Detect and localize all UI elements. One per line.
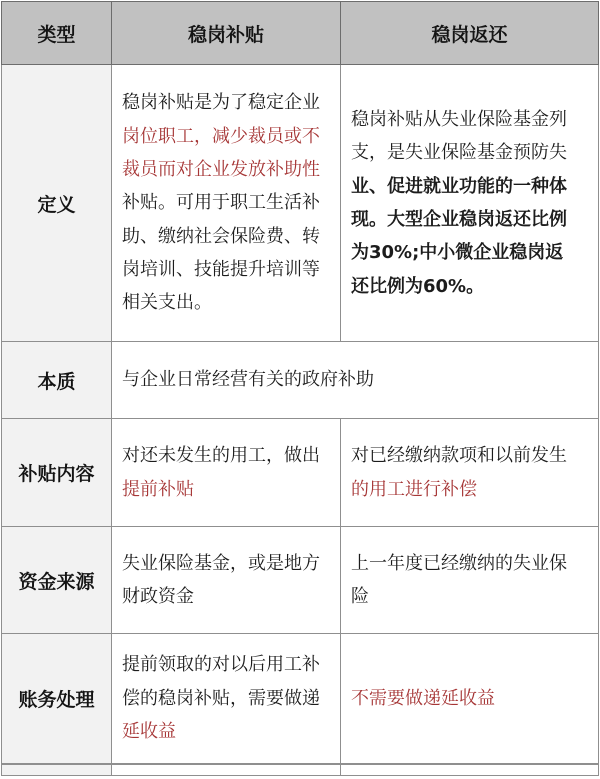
content-refund-text-red: 的用工进行补偿: [351, 479, 477, 500]
row-definition: 定义 稳岗补贴是为了稳定企业岗位职工，减少裁员或不裁员而对企业发放补助性补贴。可…: [2, 65, 599, 342]
source-subsidy-text: 失业保险基金，或是地方财政资金: [122, 553, 320, 607]
definition-subsidy-text-red: 岗位职工，减少裁员或不裁员而对企业发放补助性: [122, 126, 320, 180]
definition-subsidy-text-1: 稳岗补贴是为了稳定企业: [122, 92, 320, 113]
definition-refund-cell: 稳岗补贴从失业保险基金列支，是失业保险基金预防失业、促进就业功能的一种体现。大型…: [341, 65, 599, 342]
content-subsidy-text-1: 对还未发生的用工，做出: [122, 445, 320, 466]
definition-subsidy-text-2: 补贴。可用于职工生活补助、缴纳社会保险费、转岗培训、技能提升培训等相关支出。: [122, 192, 320, 313]
accounting-subsidy-text-red: 延收益: [122, 721, 176, 742]
definition-subsidy-cell: 稳岗补贴是为了稳定企业岗位职工，减少裁员或不裁员而对企业发放补助性补贴。可用于职…: [112, 65, 341, 342]
row-essence: 本质 与企业日常经营有关的政府补助: [2, 342, 599, 419]
row-label-definition: 定义: [2, 65, 112, 342]
row-label-subsidy-content: 补贴内容: [2, 419, 112, 527]
definition-refund-text-bold: 业、促进就业功能的一种体现。大型企业稳岗返还比例为30%;中小微企业稳岗返还比例…: [351, 176, 567, 297]
row-accounting: 账务处理 提前领取的对以后用工补偿的稳岗补贴，需要做递延收益 不需要做递延收益: [2, 634, 599, 764]
cropped-row-cell-1: [112, 764, 341, 776]
page: 类型 稳岗补贴 稳岗返还 定义 稳岗补贴是为了稳定企业岗位职工，减少裁员或不裁员…: [0, 0, 600, 779]
essence-text: 与企业日常经营有关的政府补助: [122, 369, 374, 390]
content-subsidy-text-red: 提前补贴: [122, 479, 194, 500]
row-subsidy-content: 补贴内容 对还未发生的用工，做出提前补贴 对已经缴纳款项和以前发生的用工进行补偿: [2, 419, 599, 527]
header-cell-type: 类型: [2, 2, 112, 65]
cropped-row-label-cell: [2, 764, 112, 776]
cropped-row-cell-2: [341, 764, 599, 776]
source-refund-cell: 上一年度已经缴纳的失业保险: [341, 527, 599, 634]
accounting-refund-cell: 不需要做递延收益: [341, 634, 599, 764]
comparison-table: 类型 稳岗补贴 稳岗返还 定义 稳岗补贴是为了稳定企业岗位职工，减少裁员或不裁员…: [1, 1, 599, 776]
accounting-subsidy-cell: 提前领取的对以后用工补偿的稳岗补贴，需要做递延收益: [112, 634, 341, 764]
row-label-accounting: 账务处理: [2, 634, 112, 764]
row-label-fund-source: 资金来源: [2, 527, 112, 634]
essence-merged-cell: 与企业日常经营有关的政府补助: [112, 342, 599, 419]
row-fund-source: 资金来源 失业保险基金，或是地方财政资金 上一年度已经缴纳的失业保险: [2, 527, 599, 634]
content-refund-cell: 对已经缴纳款项和以前发生的用工进行补偿: [341, 419, 599, 527]
header-cell-subsidy: 稳岗补贴: [112, 2, 341, 65]
source-subsidy-cell: 失业保险基金，或是地方财政资金: [112, 527, 341, 634]
accounting-refund-text-red: 不需要做递延收益: [351, 688, 495, 709]
definition-refund-text-1: 稳岗补贴从失业保险基金列支，是失业保险基金预防失: [351, 109, 567, 163]
accounting-subsidy-text-1: 提前领取的对以后用工补偿的稳岗补贴，需要做递: [122, 654, 320, 708]
content-refund-text-1: 对已经缴纳款项和以前发生: [351, 445, 567, 466]
header-cell-refund: 稳岗返还: [341, 2, 599, 65]
header-row: 类型 稳岗补贴 稳岗返还: [2, 2, 599, 65]
content-subsidy-cell: 对还未发生的用工，做出提前补贴: [112, 419, 341, 527]
source-refund-text: 上一年度已经缴纳的失业保险: [351, 553, 567, 607]
row-label-essence: 本质: [2, 342, 112, 419]
cropped-next-row: [2, 764, 599, 776]
